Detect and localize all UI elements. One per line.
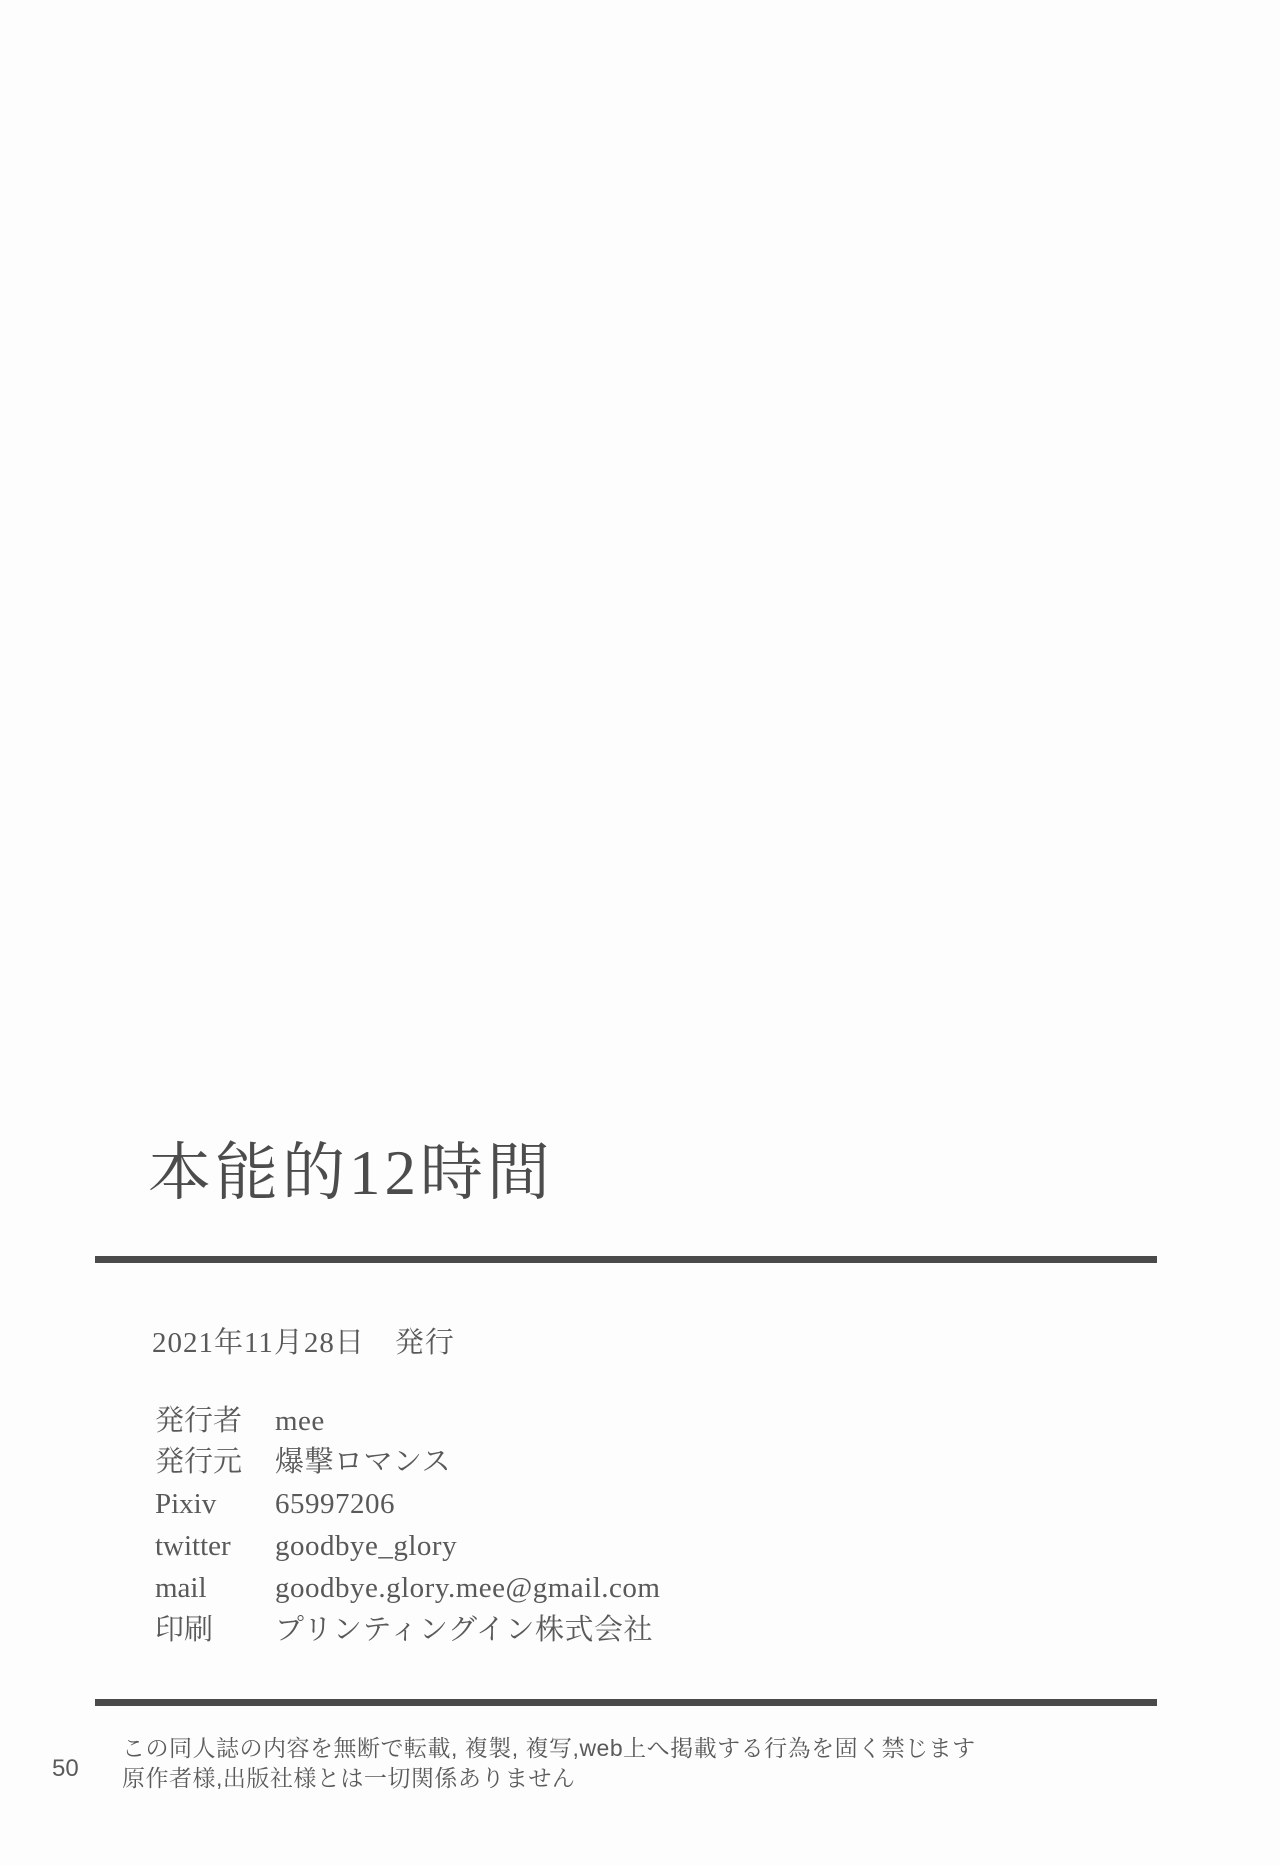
- colophon-label: twitter: [155, 1525, 275, 1567]
- page-number: 50: [52, 1755, 79, 1783]
- colophon-value: 爆撃ロマンス: [275, 1442, 660, 1483]
- disclaimer-line-1: この同人誌の内容を無断で転載, 複製, 複写,web上へ掲載する行為を固く禁じま…: [122, 1733, 976, 1763]
- colophon-label: Pixiv: [155, 1483, 275, 1525]
- disclaimer-text: この同人誌の内容を無断で転載, 複製, 複写,web上へ掲載する行為を固く禁じま…: [122, 1733, 976, 1793]
- colophon-value: mee: [275, 1401, 660, 1442]
- disclaimer-line-2: 原作者様,出版社様とは一切関係ありません: [122, 1763, 976, 1793]
- colophon-label: 発行者: [155, 1401, 275, 1442]
- divider-rule-bottom: [95, 1699, 1157, 1706]
- colophon-label: mail: [155, 1567, 275, 1609]
- colophon-value: goodbye_glory: [275, 1525, 660, 1567]
- colophon-value: 65997206: [275, 1483, 660, 1525]
- colophon-row-circle: 発行元 爆撃ロマンス: [155, 1442, 660, 1483]
- colophon-page: 本能的12時間 2021年11月28日 発行 発行者 mee 発行元 爆撃ロマン…: [0, 0, 1280, 1866]
- colophon-row-twitter: twitter goodbye_glory: [155, 1525, 660, 1567]
- colophon-row-mail: mail goodbye.glory.mee@gmail.com: [155, 1567, 660, 1609]
- colophon-row-printer: 印刷 プリンティングイン株式会社: [155, 1609, 660, 1651]
- colophon-label: 印刷: [155, 1609, 275, 1651]
- colophon-value: goodbye.glory.mee@gmail.com: [275, 1567, 660, 1609]
- divider-rule-top: [95, 1256, 1157, 1263]
- colophon-info-list: 発行者 mee 発行元 爆撃ロマンス Pixiv 65997206 twitte…: [155, 1401, 660, 1651]
- colophon-row-pixiv: Pixiv 65997206: [155, 1483, 660, 1525]
- book-title: 本能的12時間: [148, 1142, 554, 1205]
- colophon-row-publisher: 発行者 mee: [155, 1401, 660, 1442]
- publish-date: 2021年11月28日 発行: [152, 1320, 455, 1361]
- colophon-label: 発行元: [155, 1442, 275, 1483]
- colophon-value: プリンティングイン株式会社: [275, 1609, 660, 1651]
